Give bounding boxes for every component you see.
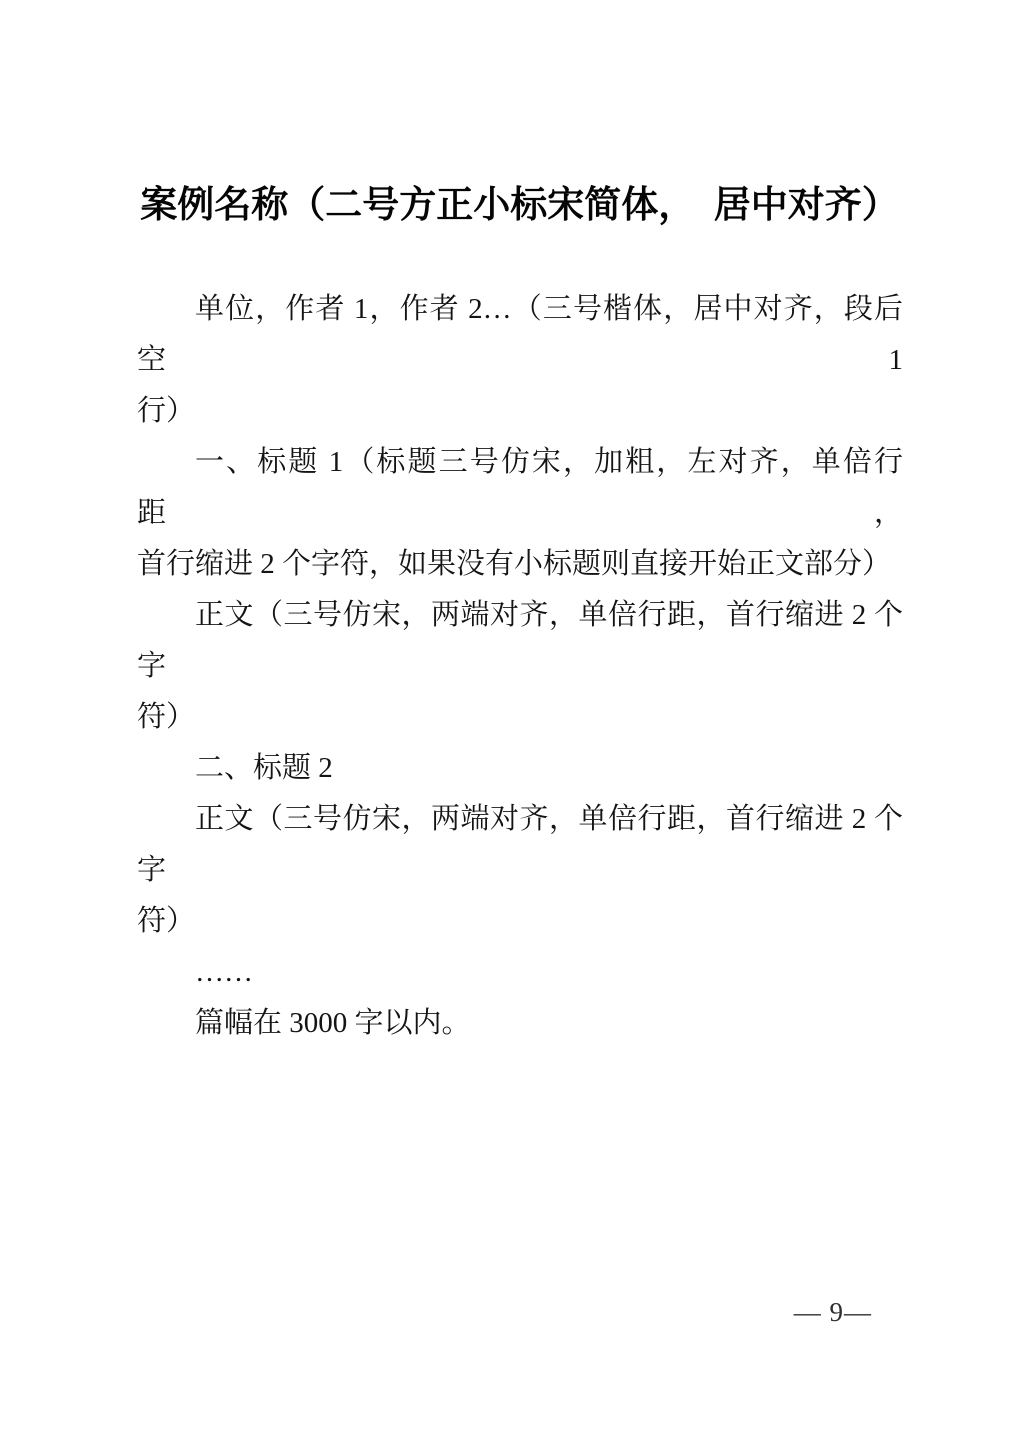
body-line-authors-1: 单位，作者 1，作者 2…（三号楷体，居中对齐，段后空 1: [137, 284, 903, 386]
body-line-bodytext1-1: 正文（三号仿宋，两端对齐，单倍行距，首行缩进 2 个字: [137, 590, 903, 692]
document-body: 单位，作者 1，作者 2…（三号楷体，居中对齐，段后空 1 行） 一、标题 1（…: [137, 284, 903, 1049]
body-line-heading1-2: 首行缩进 2 个字符，如果没有小标题则直接开始正文部分）: [137, 539, 903, 590]
body-line-bodytext2-2: 符）: [137, 896, 903, 947]
document-page: 案例名称（二号方正小标宋简体， 居中对齐） 单位，作者 1，作者 2…（三号楷体…: [0, 0, 1024, 1448]
body-line-heading2: 二、标题 2: [137, 743, 903, 794]
body-line-authors-2: 行）: [137, 386, 903, 437]
body-line-length-limit: 篇幅在 3000 字以内。: [137, 998, 903, 1049]
body-line-ellipsis: ……: [137, 947, 903, 998]
document-title: 案例名称（二号方正小标宋简体， 居中对齐）: [125, 183, 914, 229]
page-number: — 9—: [794, 1299, 872, 1326]
body-line-heading1-1: 一、标题 1（标题三号仿宋，加粗，左对齐，单倍行距，: [137, 437, 903, 539]
body-line-bodytext1-2: 符）: [137, 692, 903, 743]
body-line-bodytext2-1: 正文（三号仿宋，两端对齐，单倍行距，首行缩进 2 个字: [137, 794, 903, 896]
